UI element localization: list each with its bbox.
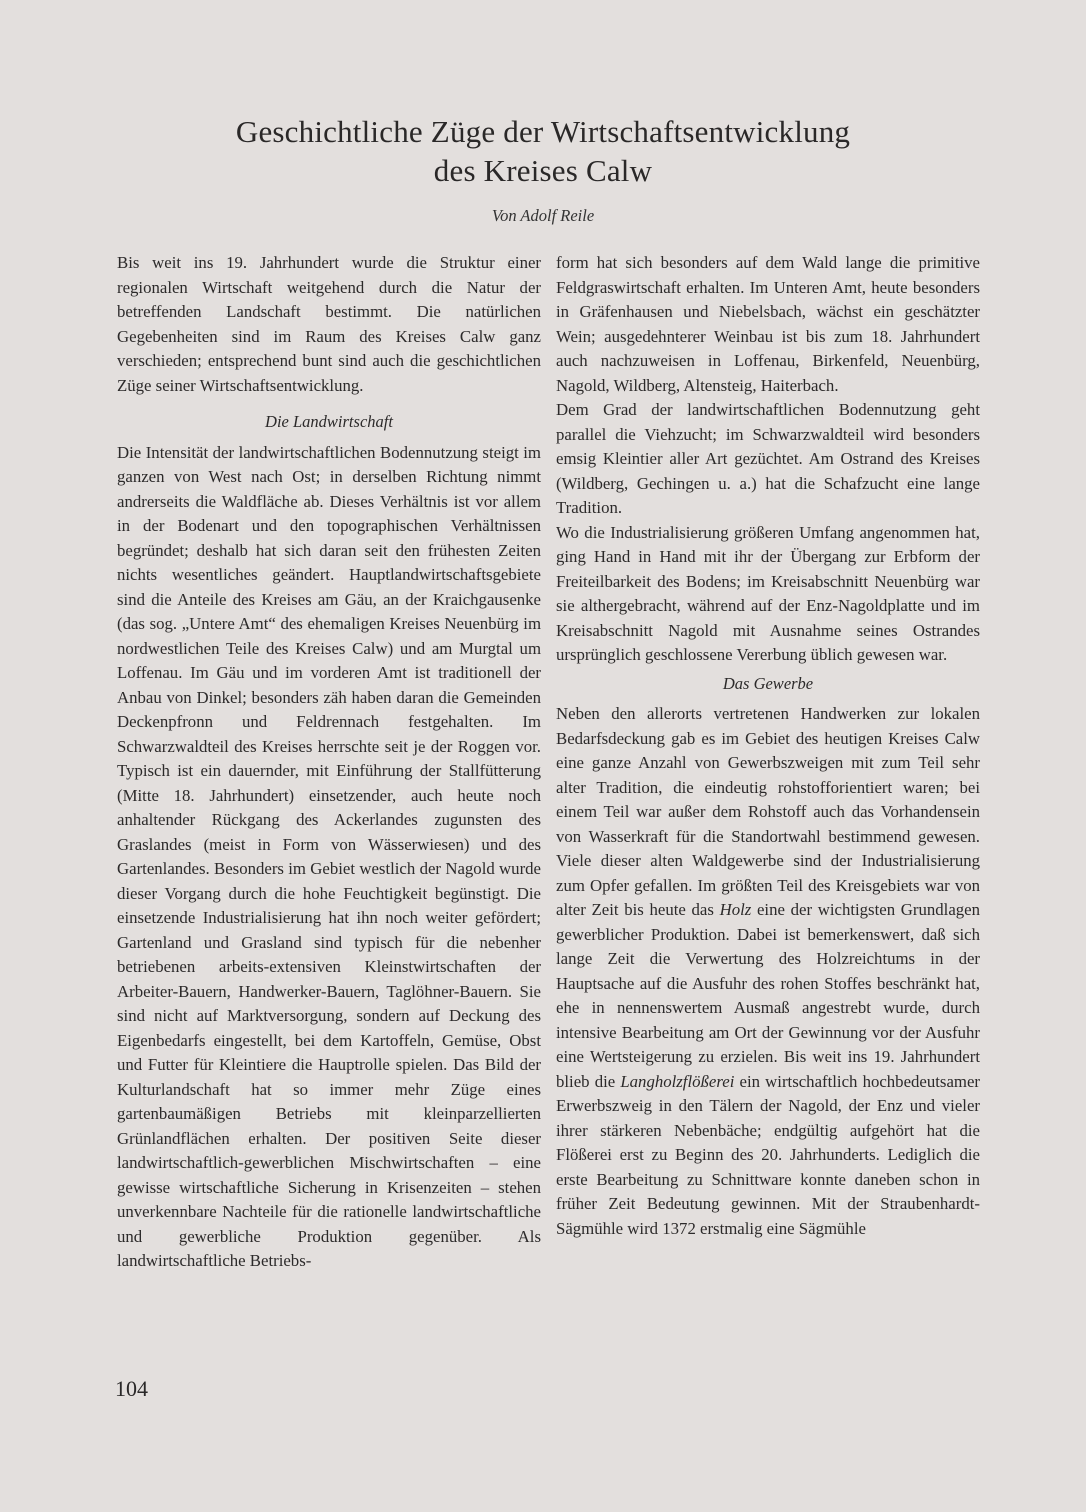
gewerbe-paragraph: Neben den allerorts vertretenen Handwerk… [556, 702, 980, 1241]
article-title: Geschichtliche Züge der Wirtschaftsentwi… [0, 112, 1086, 190]
intro-paragraph: Bis weit ins 19. Jahrhundert wurde die S… [117, 251, 541, 398]
gewerbe-text-a: Neben den allerorts vertretenen Handwerk… [556, 704, 980, 919]
page-number: 104 [115, 1376, 148, 1402]
erbform-paragraph: Wo die Industrialisierung größeren Umfan… [556, 521, 980, 668]
continued-paragraph: form hat sich besonders auf dem Wald lan… [556, 251, 980, 398]
right-column: form hat sich besonders auf dem Wald lan… [556, 251, 980, 1241]
title-line-2: des Kreises Calw [0, 151, 1086, 190]
landwirtschaft-paragraph: Die Intensität der landwirtschaftlichen … [117, 441, 541, 1274]
emphasis-holz: Holz [720, 900, 752, 919]
title-line-1: Geschichtliche Züge der Wirtschaftsentwi… [0, 112, 1086, 151]
gewerbe-text-b: eine der wichtigsten Grundlagen gewerbli… [556, 900, 980, 1091]
left-column: Bis weit ins 19. Jahrhundert wurde die S… [117, 251, 541, 1274]
section-heading-landwirtschaft: Die Landwirtschaft [117, 410, 541, 435]
emphasis-langholzflosserei: Langholzflößerei [620, 1072, 734, 1091]
author-byline: Von Adolf Reile [0, 206, 1086, 226]
section-heading-gewerbe: Das Gewerbe [556, 672, 980, 697]
gewerbe-text-c: ein wirtschaftlich hochbedeutsamer Erwer… [556, 1072, 980, 1238]
viehzucht-paragraph: Dem Grad der landwirtschaftlichen Bodenn… [556, 398, 980, 521]
